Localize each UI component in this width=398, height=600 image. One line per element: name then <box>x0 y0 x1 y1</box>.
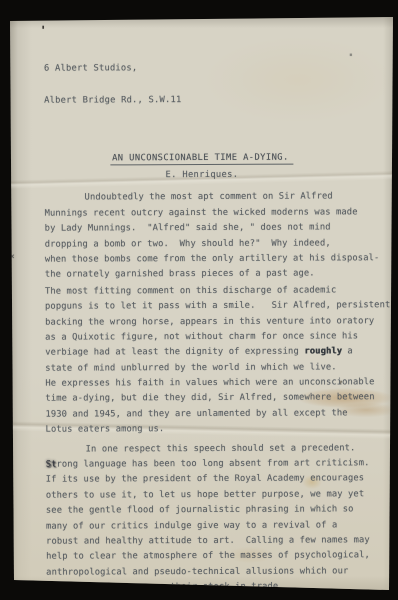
document-body: Undoubtedly the most apt comment on Sir … <box>45 190 392 597</box>
text-line: He expresses his faith in values which w… <box>45 375 390 392</box>
text-line: by Lady Munnings. "Alfred" said she, " d… <box>45 220 390 237</box>
text-run: verbiage had at least the dignity of exp… <box>45 347 304 358</box>
text-line: others to use it, to let us hope better … <box>46 487 391 504</box>
text-line: backing the wrong horse, appears in this… <box>45 314 390 331</box>
address-line: 6 Albert Studios, <box>44 62 389 74</box>
text-run: rong language has been too long absent f… <box>56 458 369 469</box>
text-run: a <box>342 347 353 357</box>
text-run: roughly <box>304 347 342 357</box>
text-line: The most fitting comment on this dischar… <box>45 283 390 300</box>
text-line: In one respect this speech should set a … <box>46 441 391 458</box>
text-line: 1930 and 1945, and they are unlamented b… <box>45 406 390 423</box>
text-line: popguns is to let it pass with a smile. … <box>45 298 390 315</box>
text-line: state of mind unblurred by the world in … <box>45 360 390 377</box>
text-line: when those bombs come from the only arti… <box>45 251 390 268</box>
text-line: If its use by the president of the Royal… <box>46 472 391 489</box>
ink-mark: ' <box>40 25 47 36</box>
sender-address: 6 Albert Studios, Albert Bridge Rd., S.W… <box>44 40 389 128</box>
text-line: Munnings recent outcry against the wicke… <box>45 205 390 222</box>
text-line: robust and healthy attitude to art. Call… <box>46 533 391 550</box>
text-line: see the gentle flood of journalistic phr… <box>46 502 391 519</box>
text-line: Lotus eaters among us. <box>46 421 391 438</box>
text-line: Strong language has been too long absent… <box>46 456 391 473</box>
address-line: Albert Bridge Rd., S.W.11 <box>44 94 389 106</box>
paragraph: The most fitting comment on this dischar… <box>45 283 391 438</box>
paragraph: In one respect this speech should set a … <box>46 441 392 596</box>
title-row: AN UNCONSCIONABLE TIME A-DYING. <box>44 145 359 166</box>
document-title: AN UNCONSCIONABLE TIME A-DYING. <box>110 153 294 166</box>
text-line: Undoubtedly the most apt comment on Sir … <box>45 190 390 207</box>
text-line: help to clear the atmosphere of the mass… <box>46 549 391 566</box>
text-line: art specialists use as their stock in tr… <box>46 579 391 596</box>
text-run: St <box>46 460 57 470</box>
paper-sheet: 6 Albert Studios, Albert Bridge Rd., S.W… <box>8 14 393 592</box>
text-line: the ornately garnished brass pieces of a… <box>45 267 390 284</box>
text-line: time a-dying, but die they did, Sir Alfr… <box>45 391 390 408</box>
marks-layer: '×,· <box>46 595 391 597</box>
photo-background: { "colors": { "background": "#0b0a08", "… <box>0 0 398 600</box>
text-line: as a Quixotic figure, not without charm … <box>45 329 390 346</box>
document-content: 6 Albert Studios, Albert Bridge Rd., S.W… <box>7 13 395 593</box>
text-line: many of our critics indulge give way to … <box>46 518 391 535</box>
text-line: verbiage had at least the dignity of exp… <box>45 344 390 361</box>
paragraph: Undoubtedly the most apt comment on Sir … <box>45 190 390 284</box>
ink-mark: × <box>10 253 15 261</box>
text-line: dropping a bomb or two. Why should he?" … <box>45 236 390 253</box>
author-byline: E. Henriques. <box>44 170 359 181</box>
text-line: anthropological and pseudo-technical all… <box>46 564 391 581</box>
